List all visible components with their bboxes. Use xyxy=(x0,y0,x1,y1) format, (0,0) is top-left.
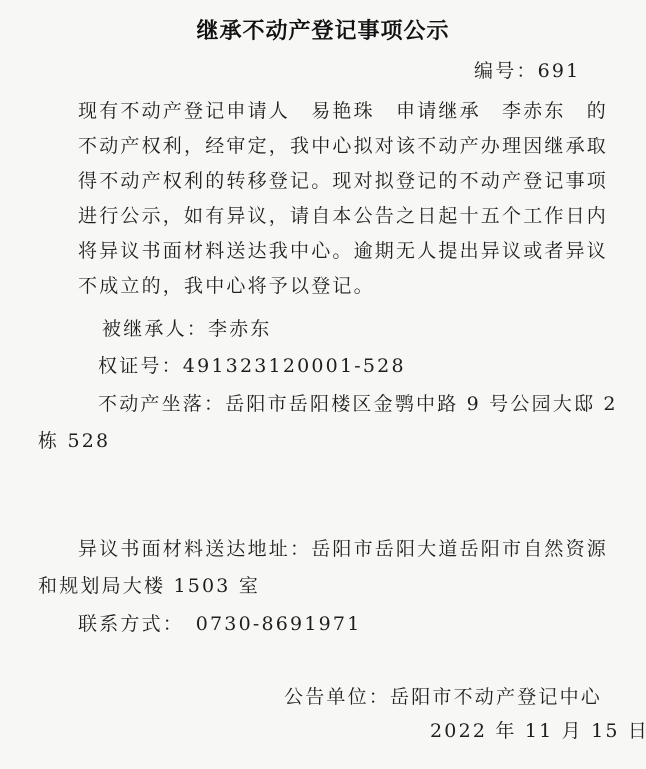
objection-address-continuation: 和规划局大楼 1503 室 xyxy=(38,571,260,598)
serial-number: 编号：691 xyxy=(474,56,580,83)
issue-date: 2022 年 11 月 15 日 xyxy=(430,716,646,743)
property-location-continuation: 栋 528 xyxy=(38,426,110,453)
body-line: 现有不动产登记申请人 易艳珠 申请继承 李赤东 的 xyxy=(78,96,608,123)
objection-address-line: 异议书面材料送达地址：岳阳市岳阳大道岳阳市自然资源 xyxy=(78,534,608,561)
property-location-line: 不动产坐落：岳阳市岳阳楼区金鹗中路 9 号公园大邸 2 xyxy=(98,389,618,416)
body-line: 将异议书面材料送达我中心。逾期无人提出异议或者异议 xyxy=(78,236,608,263)
contact-line: 联系方式： 0730-8691971 xyxy=(78,609,362,636)
decedent-line: 被继承人：李赤东 xyxy=(102,314,272,341)
issuer-line: 公告单位：岳阳市不动产登记中心 xyxy=(284,682,602,709)
body-line: 不动产权利，经审定，我中心拟对该不动产办理因继承取 xyxy=(78,131,608,158)
body-line: 不成立的，我中心将予以登记。 xyxy=(78,271,375,298)
certificate-number-line: 权证号：491323120001-528 xyxy=(98,351,406,378)
notice-page: 继承不动产登记事项公示 编号：691 现有不动产登记申请人 易艳珠 申请继承 李… xyxy=(0,0,646,769)
body-line: 得不动产权利的转移登记。现对拟登记的不动产登记事项 xyxy=(78,166,608,193)
body-line: 进行公示，如有异议，请自本公告之日起十五个工作日内 xyxy=(78,201,608,228)
document-title: 继承不动产登记事项公示 xyxy=(0,14,646,45)
